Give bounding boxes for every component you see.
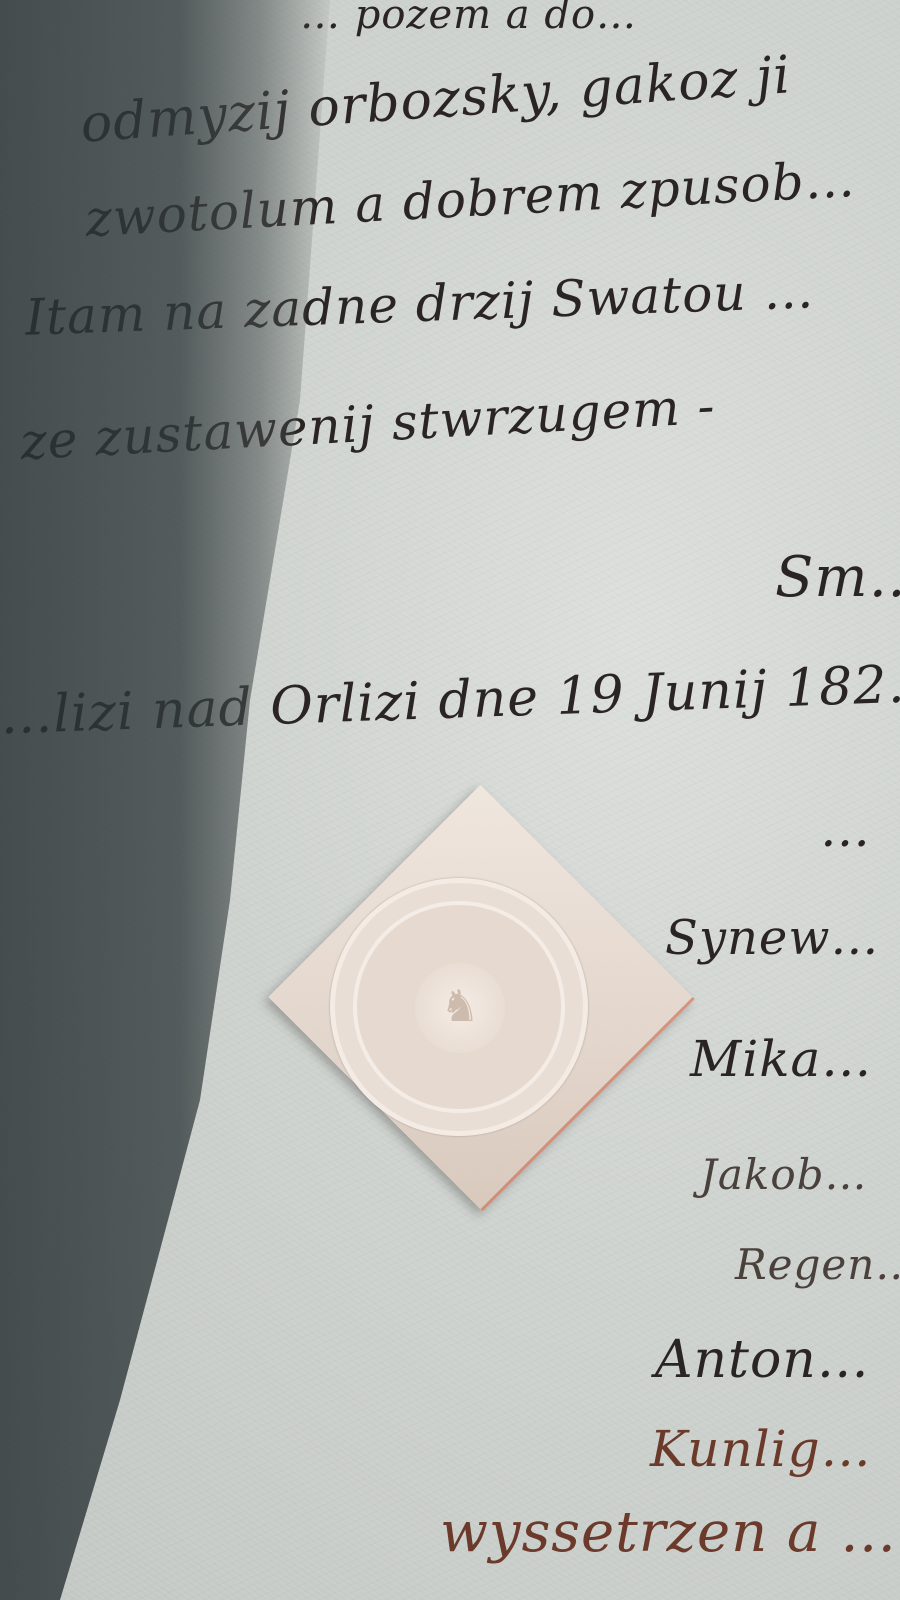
signature: Synew… [665,910,879,966]
embossed-seal: ♞ [272,778,692,1248]
handwriting-line: … pozem a do… [300,0,637,38]
handwriting-line: Sm… [775,545,900,610]
signature: Regen… [735,1240,900,1289]
signature: … [820,800,871,858]
signature: Jakob… [700,1150,868,1199]
signature: Mika… [690,1030,872,1088]
rider-emblem-icon: ♞ [415,981,505,1032]
signature: Anton… [655,1330,870,1390]
seal-ring: ♞ [330,878,588,1136]
seal-emblem: ♞ [415,963,505,1053]
signature: Kunlig… [650,1420,872,1478]
signature: wyssetrzen a … [440,1500,897,1565]
